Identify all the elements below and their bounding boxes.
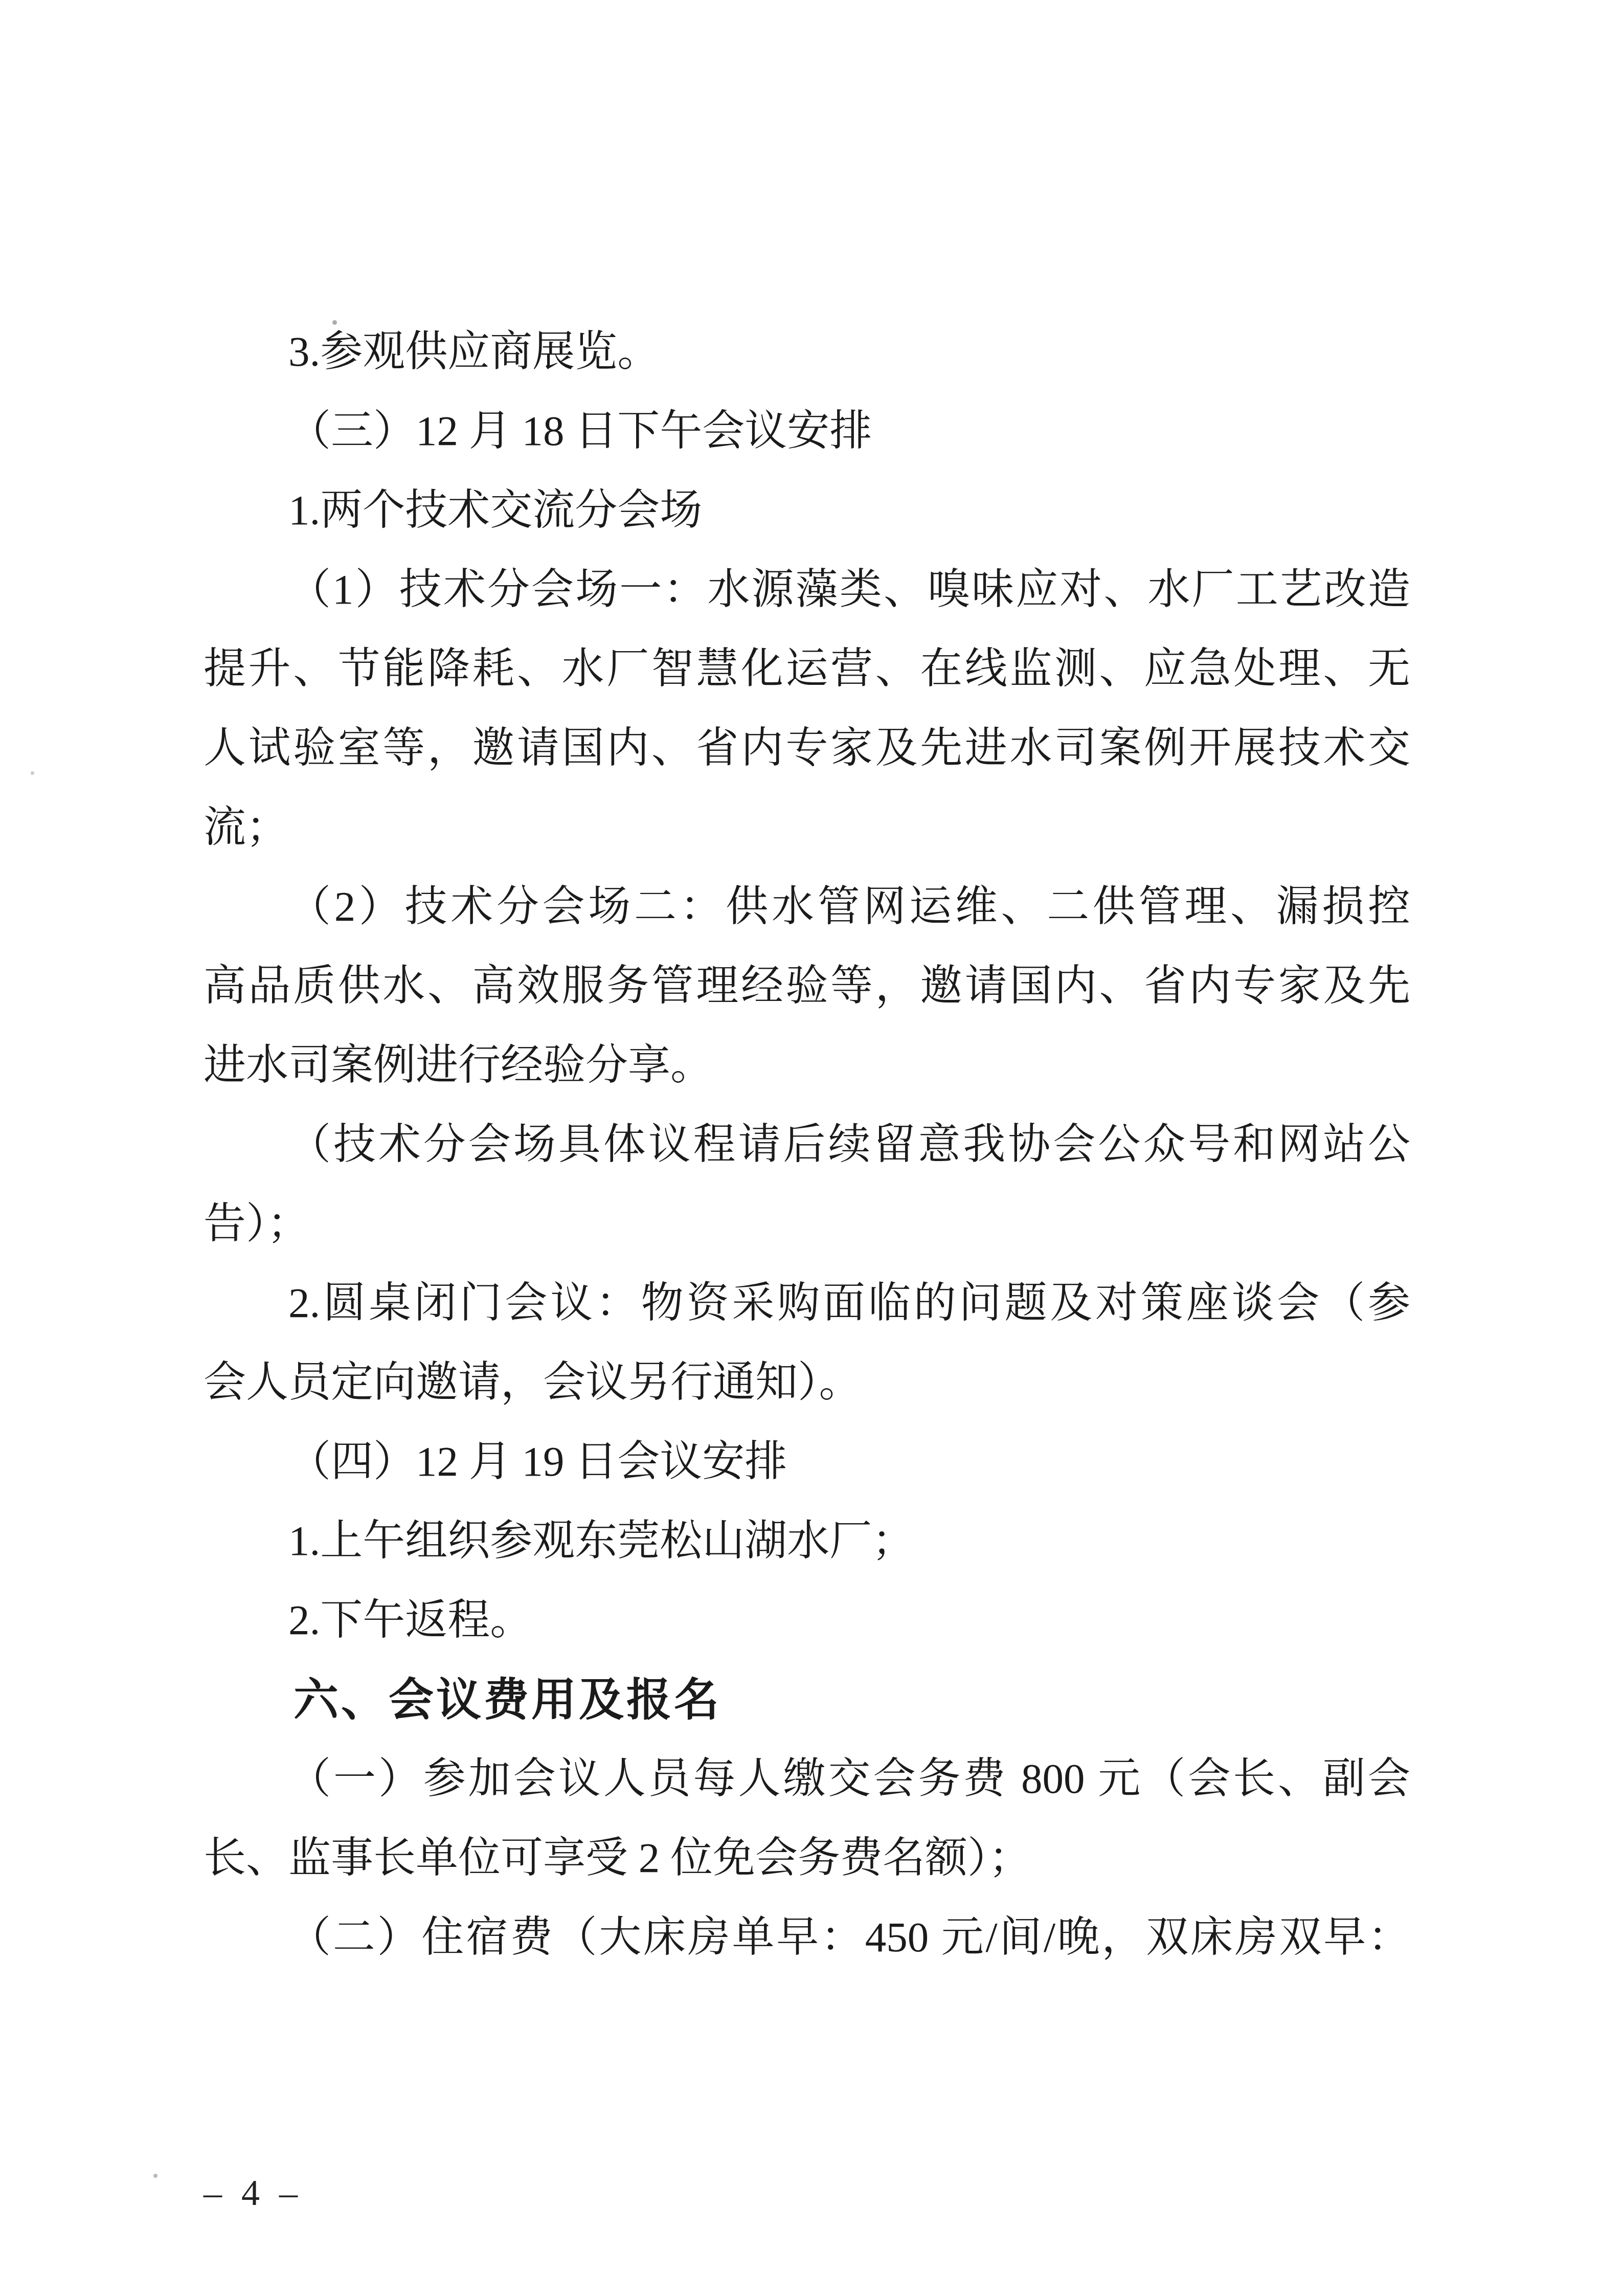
document-body: 3.参观供应商展览。 （三）12 月 18 日下午会议安排 1.两个技术交流分会… <box>204 312 1410 1977</box>
body-line: （三）12 月 18 日下午会议安排 <box>204 391 1410 471</box>
body-line: 2.圆桌闭门会议：物资采购面临的问题及对策座谈会（参 <box>204 1263 1410 1343</box>
body-line: （四）12 月 19 日会议安排 <box>204 1422 1410 1501</box>
body-line: 高品质供水、高效服务管理经验等，邀请国内、省内专家及先 <box>204 946 1410 1026</box>
body-line: 1.两个技术交流分会场 <box>204 471 1410 550</box>
page-number: – 4 – <box>204 2165 303 2221</box>
body-line: 人试验室等，邀请国内、省内专家及先进水司案例开展技术交 <box>204 708 1410 788</box>
scan-speck <box>332 320 337 325</box>
body-line: （技术分会场具体议程请后续留意我协会公众号和网站公 <box>204 1105 1410 1184</box>
body-line: 长、监事长单位可享受 2 位免会务费名额）； <box>204 1818 1410 1898</box>
body-line: （1）技术分会场一：水源藻类、嗅味应对、水厂工艺改造 <box>204 550 1410 629</box>
section-heading: 六、会议费用及报名 <box>204 1660 1410 1739</box>
body-line: 3.参观供应商展览。 <box>204 312 1410 391</box>
scan-speck <box>153 2174 157 2178</box>
body-line: 会人员定向邀请，会议另行通知）。 <box>204 1343 1410 1422</box>
body-line: 流； <box>204 788 1410 867</box>
body-line: （二）住宿费（大床房单早：450 元/间/晚，双床房双早： <box>204 1898 1410 1977</box>
document-page: 3.参观供应商展览。 （三）12 月 18 日下午会议安排 1.两个技术交流分会… <box>0 0 1623 2296</box>
body-line: 2.下午返程。 <box>204 1580 1410 1660</box>
body-line: （2）技术分会场二：供水管网运维、二供管理、漏损控制、 <box>204 867 1410 946</box>
body-line: 进水司案例进行经验分享。 <box>204 1026 1410 1105</box>
scan-speck <box>31 771 34 775</box>
body-line: 告）； <box>204 1184 1410 1263</box>
body-line: 提升、节能降耗、水厂智慧化运营、在线监测、应急处理、无 <box>204 629 1410 708</box>
body-line: 1.上午组织参观东莞松山湖水厂； <box>204 1501 1410 1580</box>
body-line: （一）参加会议人员每人缴交会务费 800 元（会长、副会 <box>204 1739 1410 1818</box>
